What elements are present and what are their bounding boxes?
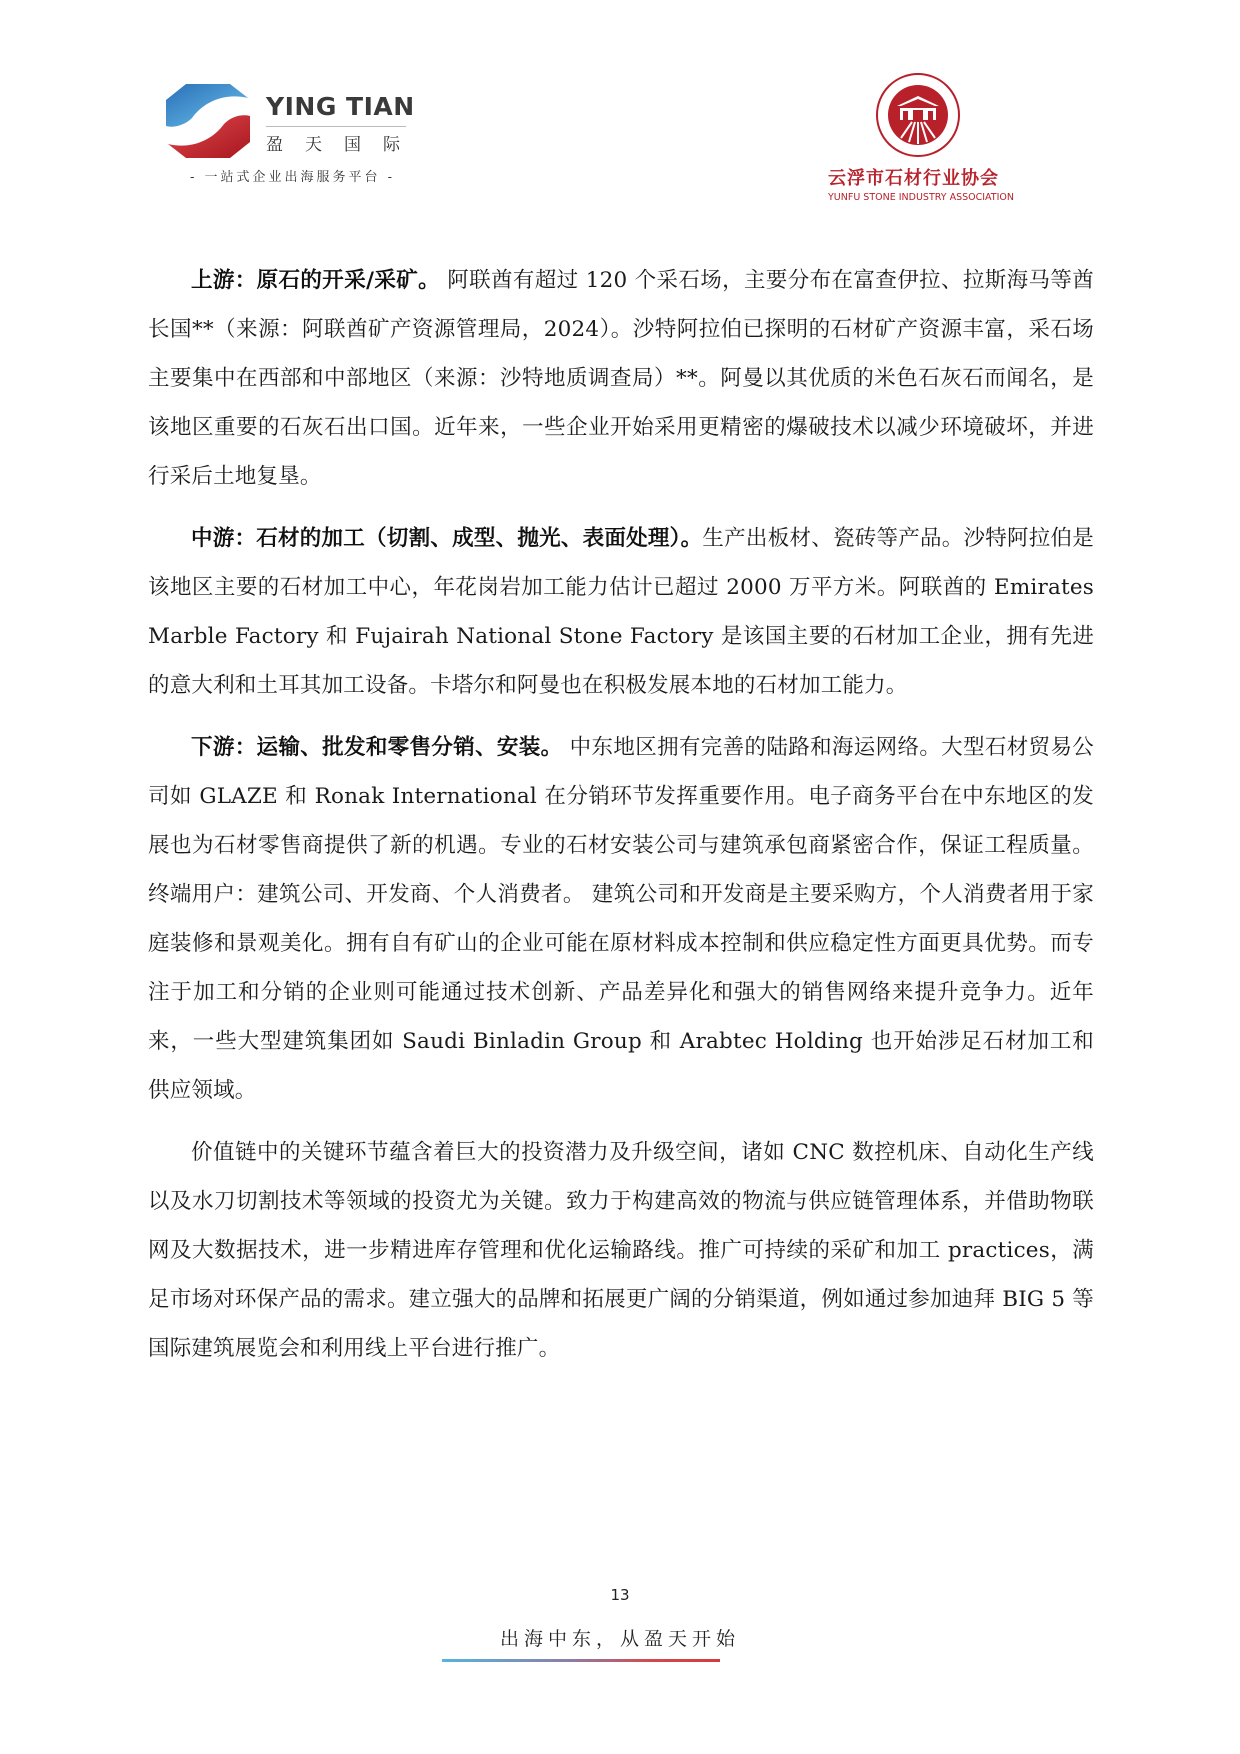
paragraph-text: 价值链中的关键环节蕴含着巨大的投资潜力及升级空间，诸如 CNC 数控机床、自动化…: [148, 1140, 1094, 1361]
paragraph-upstream: 上游：原石的开采/采矿。 阿联酋有超过 120 个采石场，主要分布在富查伊拉、拉…: [148, 256, 1094, 501]
paragraph-text: 生产出板材、瓷砖等产品。沙特阿拉伯是该地区主要的石材加工中心，年花岗岩加工能力估…: [148, 526, 1094, 698]
paragraph-heading: 上游：原石的开采/采矿。: [191, 268, 440, 293]
paragraph-heading: 中游：石材的加工（切割、成型、抛光、表面处理）。: [191, 526, 702, 551]
paragraph-investment: 价值链中的关键环节蕴含着巨大的投资潜力及升级空间，诸如 CNC 数控机床、自动化…: [148, 1128, 1094, 1373]
footer-slogan: 出海中东，从盈天开始: [0, 1624, 1240, 1651]
association-name-cn: 云浮市石材行业协会: [828, 164, 999, 190]
yingtian-logo: YING TIAN 盈天国际 - 一站式企业出海服务平台 -: [162, 82, 422, 192]
brand-name-en: YING TIAN: [266, 92, 415, 121]
yunfu-association-logo: 云浮市石材行业协会 YUNFU STONE INDUSTRY ASSOCIATI…: [820, 72, 1040, 212]
footer-gradient-divider: [442, 1659, 720, 1662]
paragraph-text: 阿联酋有超过 120 个采石场，主要分布在富查伊拉、拉斯海马等酋长国**（来源：…: [148, 268, 1094, 489]
paragraph-text: 中东地区拥有完善的陆路和海运网络。大型石材贸易公司如 GLAZE 和 Ronak…: [148, 735, 1094, 1103]
paragraph-heading: 下游：运输、批发和零售分销、安装。: [191, 735, 563, 760]
document-body: 上游：原石的开采/采矿。 阿联酋有超过 120 个采石场，主要分布在富查伊拉、拉…: [148, 256, 1094, 1386]
brand-name-cn: 盈天国际: [266, 130, 422, 155]
yunfu-stone-association-seal-icon: [875, 72, 961, 158]
brand-divider: [266, 126, 406, 127]
page-header: YING TIAN 盈天国际 - 一站式企业出海服务平台 - 云浮市石材行业协会…: [0, 0, 1240, 230]
page-number: 13: [0, 1586, 1240, 1604]
brand-tagline: - 一站式企业出海服务平台 -: [190, 166, 395, 185]
association-name-en: YUNFU STONE INDUSTRY ASSOCIATION: [828, 192, 1014, 203]
yingtian-hexagon-logo-icon: [162, 82, 254, 160]
paragraph-downstream: 下游：运输、批发和零售分销、安装。 中东地区拥有完善的陆路和海运网络。大型石材贸…: [148, 723, 1094, 1115]
paragraph-midstream: 中游：石材的加工（切割、成型、抛光、表面处理）。生产出板材、瓷砖等产品。沙特阿拉…: [148, 514, 1094, 710]
